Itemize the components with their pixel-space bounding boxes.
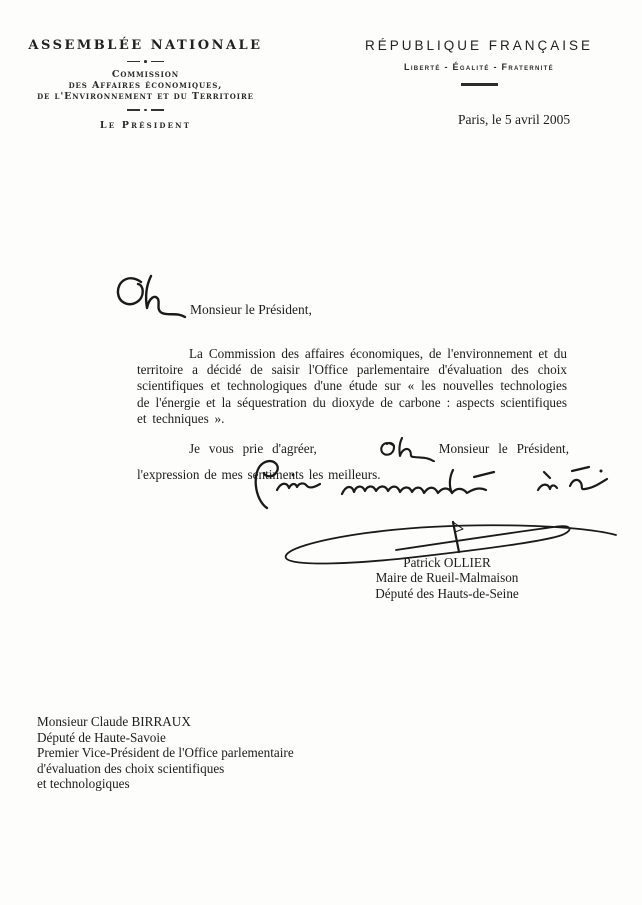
republic-name: RÉPUBLIQUE FRANÇAISE (360, 38, 598, 53)
commission-line: Commission (28, 69, 263, 80)
body-paragraph: La Commission des affaires économiques, … (137, 346, 567, 427)
letterhead-right: RÉPUBLIQUE FRANÇAISE Liberté - Égalité -… (360, 38, 598, 86)
letter-page: ASSEMBLÉE NATIONALE Commission des Affai… (0, 0, 642, 905)
ornament-divider-icon (28, 109, 263, 112)
recipient-block: Monsieur Claude BIRRAUX Député de Haute-… (37, 714, 294, 792)
signatory-title: Maire de Rueil-Malmaison (336, 570, 558, 585)
commission-line: de l'Environnement et du Territoire (28, 91, 263, 102)
commission-line: des Affaires économiques, (28, 80, 263, 91)
sender-role: Le Président (28, 120, 263, 131)
recipient-line: et technologiques (37, 776, 294, 792)
institution-name: ASSEMBLÉE NATIONALE (28, 38, 263, 53)
motto: Liberté - Égalité - Fraternité (360, 62, 598, 72)
signature-block: Patrick OLLIER Maire de Rueil-Malmaison … (336, 555, 558, 601)
signatory-title: Député des Hauts-de-Seine (336, 586, 558, 601)
closing-text-before: Je vous prie d'agréer, (189, 441, 317, 456)
divider-rule (461, 83, 498, 86)
letterhead-left: ASSEMBLÉE NATIONALE Commission des Affai… (28, 38, 263, 131)
recipient-line: Député de Haute-Savoie (37, 730, 294, 746)
recipient-line: d'évaluation des choix scientifiques (37, 761, 294, 777)
commission-block: Commission des Affaires économiques, de … (28, 69, 263, 102)
ornament-divider-icon (28, 60, 263, 63)
salutation-text: Monsieur le Président, (190, 302, 312, 318)
recipient-line: Premier Vice-Président de l'Office parle… (37, 745, 294, 761)
signatory-name: Patrick OLLIER (336, 555, 558, 570)
dateline: Paris, le 5 avril 2005 (458, 112, 570, 128)
recipient-line: Monsieur Claude BIRRAUX (37, 714, 294, 730)
handwritten-note (246, 456, 622, 514)
handwritten-cher-salutation (114, 272, 190, 320)
